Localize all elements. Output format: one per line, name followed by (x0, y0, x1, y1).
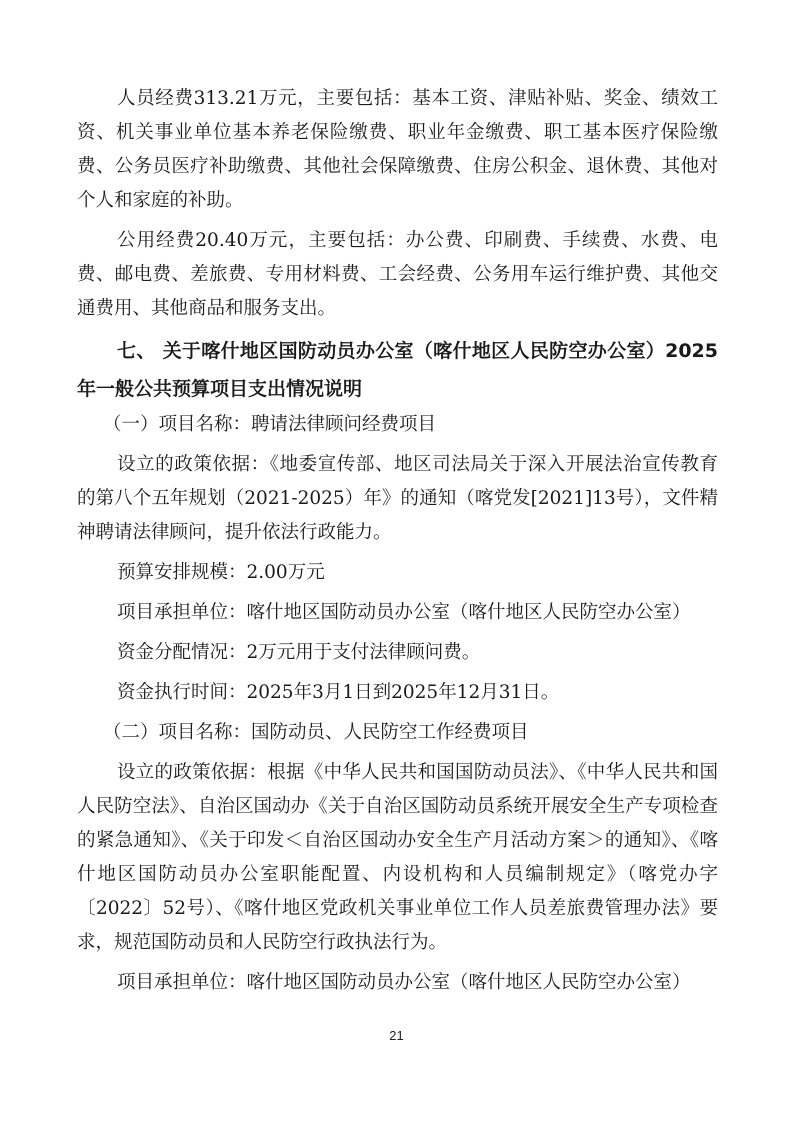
project-2-title: （二）项目名称：国防动员、人民防空工作经费项目 (77, 716, 718, 750)
project-2-undertaker: 项目承担单位：喀什地区国防动员办公室（喀什地区人民防空办公室） (77, 966, 718, 1000)
project-1-title: （一）项目名称：聘请法律顾问经费项目 (77, 408, 718, 442)
project-1-allocation: 资金分配情况：2万元用于支付法律顾问费。 (77, 636, 718, 670)
section-heading: 七、 关于喀什地区国防动员办公室（喀什地区人民防空办公室）2025年一般公共预算… (77, 332, 718, 408)
personnel-expense-paragraph: 人员经费313.21万元，主要包括：基本工资、津贴补贴、奖金、绩效工资、机关事业… (77, 82, 718, 218)
public-expense-paragraph: 公用经费20.40万元，主要包括：办公费、印刷费、手续费、水费、电费、邮电费、差… (77, 224, 718, 326)
project-1-undertaker: 项目承担单位：喀什地区国防动员办公室（喀什地区人民防空办公室） (77, 596, 718, 630)
project-1-execution-time: 资金执行时间：2025年3月1日到2025年12月31日。 (77, 676, 718, 710)
document-page: 人员经费313.21万元，主要包括：基本工资、津贴补贴、奖金、绩效工资、机关事业… (77, 82, 718, 1000)
project-2-policy-basis: 设立的政策依据：根据《中华人民共和国国防动员法》、《中华人民共和国人民防空法》、… (77, 756, 718, 960)
page-number: 21 (0, 1028, 793, 1043)
project-1-budget: 预算安排规模：2.00万元 (77, 556, 718, 590)
project-1-policy-basis: 设立的政策依据：《地委宣传部、地区司法局关于深入开展法治宣传教育的第八个五年规划… (77, 448, 718, 550)
